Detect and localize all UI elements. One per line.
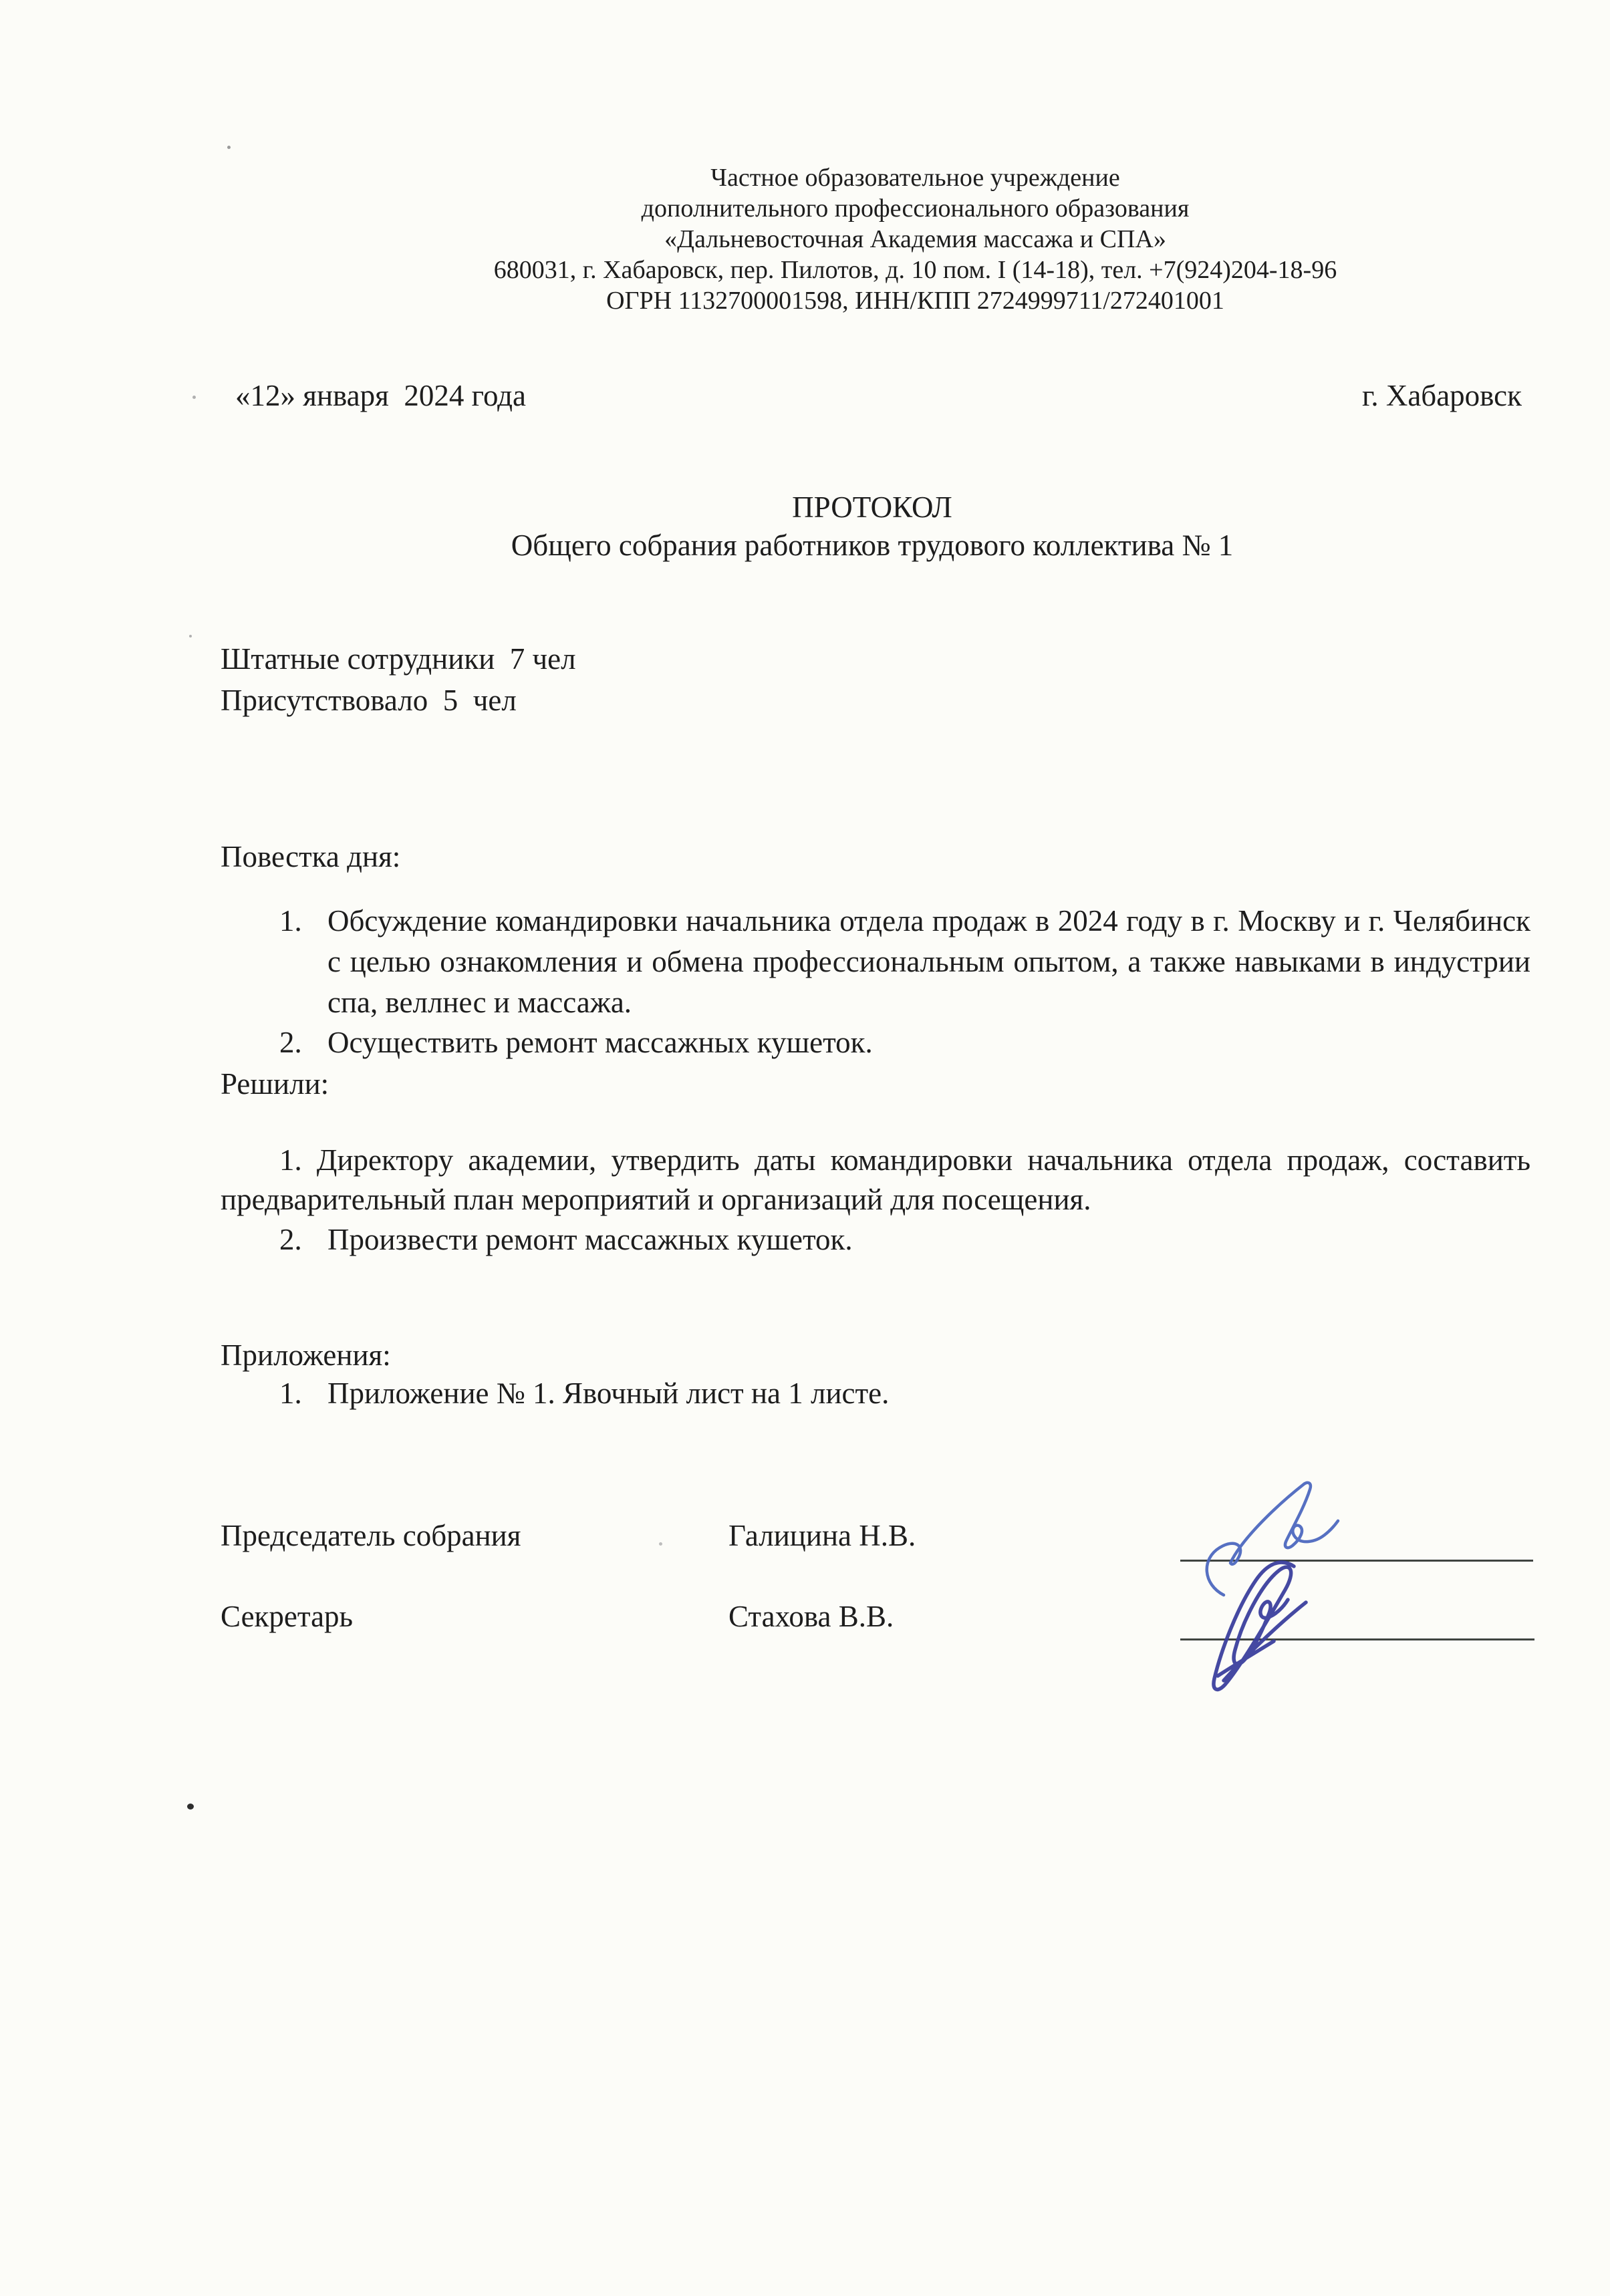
signature-ink-secretary (1214, 1562, 1306, 1689)
decision-item-number: 1. (279, 1143, 302, 1177)
agenda-item-text: Обсуждение командировки начальника отдел… (327, 901, 1530, 1023)
agenda-item: 1. Обсуждение командировки начальника от… (279, 901, 1530, 1023)
agenda-heading: Повестка дня: (221, 842, 400, 872)
signature-name-chairman: Галицина Н.В. (728, 1521, 916, 1551)
org-header-line-2: дополнительного профессионального образо… (221, 193, 1610, 224)
decisions-heading: Решили: (221, 1069, 329, 1099)
scan-speck (192, 396, 196, 399)
agenda-item-number: 2. (279, 1028, 327, 1058)
org-header-line-3: «Дальневосточная Академия массажа и СПА» (221, 224, 1610, 255)
scan-speck (189, 635, 192, 637)
attachment-item: 1.Приложение № 1. Явочный лист на 1 лист… (279, 1379, 889, 1409)
document-date: «12» января 2024 года (235, 381, 526, 411)
signatures-ink-svg (1136, 1377, 1604, 1978)
decision-item: 2.Произвести ремонт массажных кушеток. (279, 1225, 853, 1255)
date-place-line: «12» января 2024 года г. Хабаровск (235, 381, 1522, 411)
scan-speck (187, 1804, 194, 1810)
scanned-protocol-document: Частное образовательное учреждение допол… (0, 0, 1610, 2296)
document-title-block: ПРОТОКОЛ Общего собрания работников труд… (221, 488, 1524, 565)
signature-role-chairman: Председатель собрания (221, 1521, 521, 1551)
attachment-item-text: Приложение № 1. Явочный лист на 1 листе. (327, 1377, 889, 1410)
attachment-item-number: 1. (279, 1379, 327, 1409)
signature-role-secretary: Секретарь (221, 1602, 353, 1632)
staff-count-line: Штатные сотрудники 7 чел (221, 638, 576, 680)
signatures-ink-overlay (1136, 1377, 1604, 1978)
org-header-line-4: 680031, г. Хабаровск, пер. Пилотов, д. 1… (221, 255, 1610, 285)
present-count-line: Присутствовало 5 чел (221, 680, 576, 721)
document-place: г. Хабаровск (1362, 381, 1522, 411)
scan-speck (659, 1542, 662, 1546)
attachments-heading: Приложения: (221, 1340, 391, 1371)
decision-item: 1.Директору академии, утвердить даты ком… (221, 1141, 1530, 1219)
signature-name-secretary: Стахова В.В. (728, 1602, 894, 1632)
decision-item-text: Директору академии, утвердить даты коман… (221, 1143, 1530, 1216)
attendance-block: Штатные сотрудники 7 чел Присутствовало … (221, 638, 576, 721)
decision-item-number: 2. (279, 1225, 327, 1255)
agenda-item-text: Осуществить ремонт массажных кушеток. (327, 1026, 873, 1059)
decision-item-text: Произвести ремонт массажных кушеток. (327, 1223, 853, 1256)
agenda-item: 2.Осуществить ремонт массажных кушеток. (279, 1028, 873, 1058)
agenda-item-number: 1. (279, 901, 302, 942)
org-header-line-5: ОГРН 1132700001598, ИНН/КПП 2724999711/2… (221, 285, 1610, 316)
document-subtitle: Общего собрания работников трудового кол… (221, 527, 1524, 565)
document-title: ПРОТОКОЛ (221, 488, 1524, 527)
scan-speck (227, 146, 231, 149)
org-header-line-1: Частное образовательное учреждение (221, 162, 1610, 193)
org-header: Частное образовательное учреждение допол… (221, 162, 1610, 316)
